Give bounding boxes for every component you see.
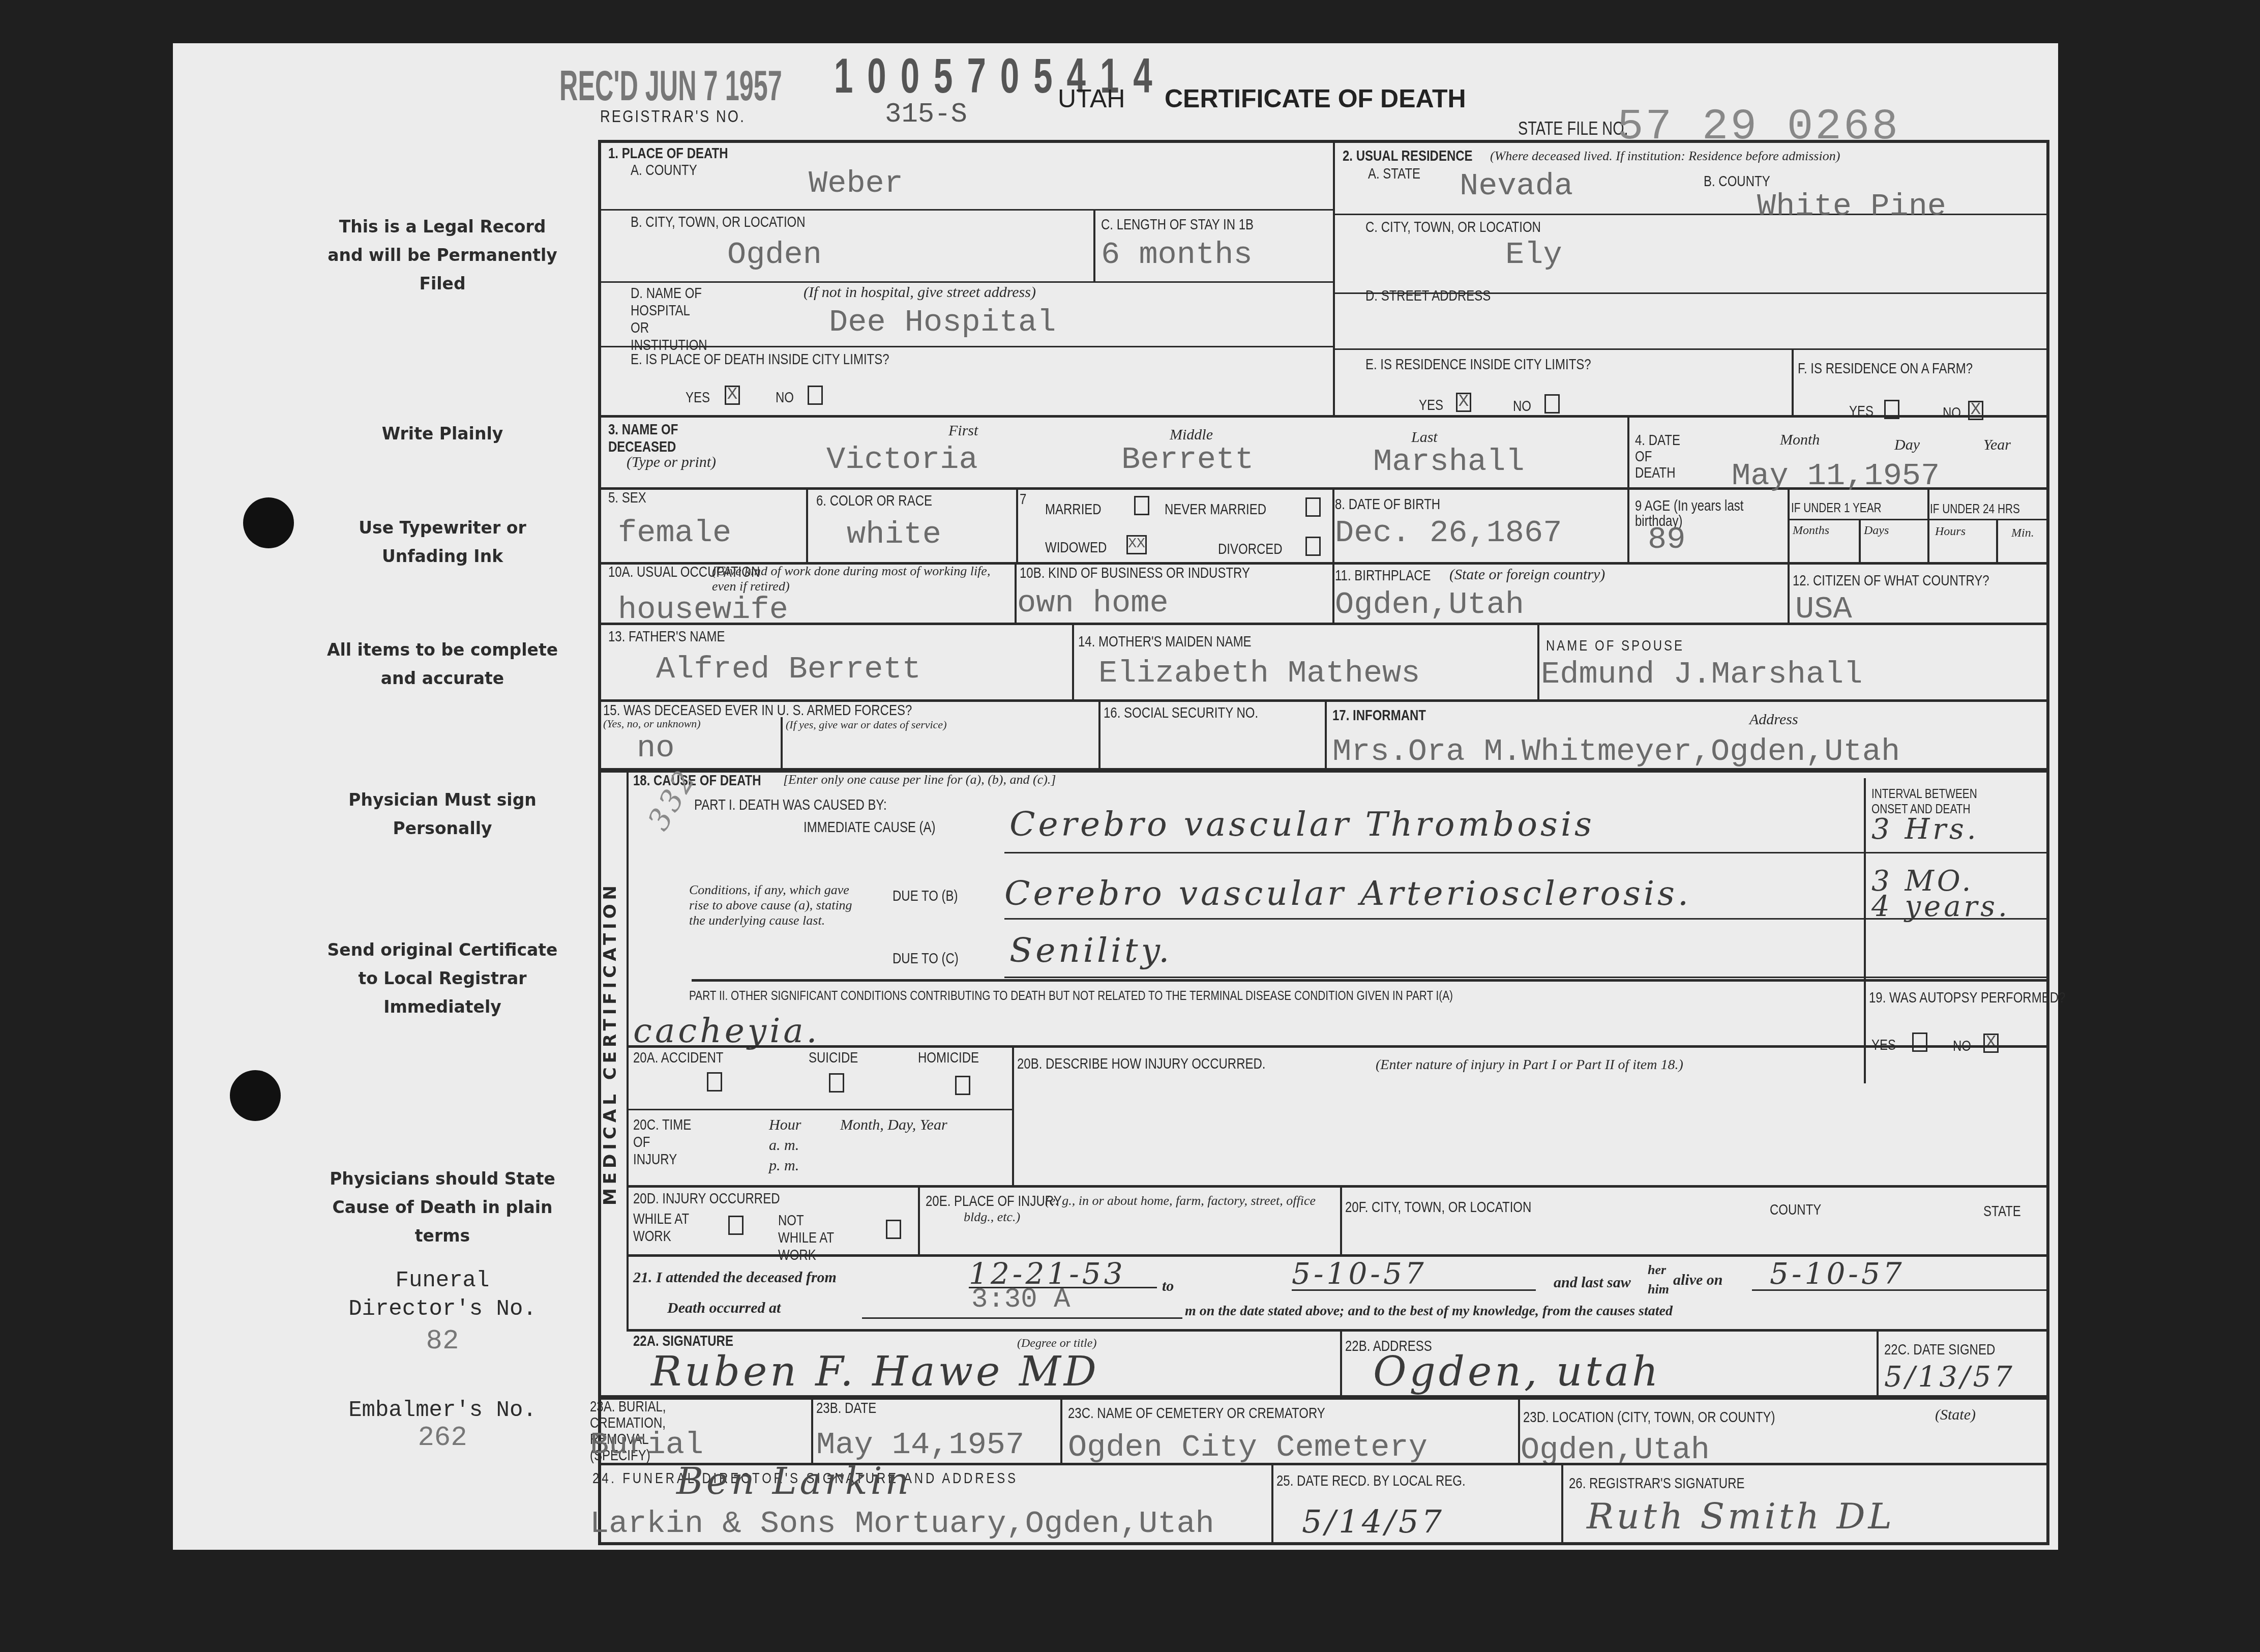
sex-label: 5. SEX bbox=[608, 489, 646, 507]
her-label: her bbox=[1648, 1262, 1666, 1278]
date-signed-value: 5/13/57 bbox=[1884, 1361, 2015, 1394]
cause-hint: [Enter only one cause per line for (a), … bbox=[783, 772, 1056, 787]
name-of-deceased-label: 3. NAME OF DECEASED bbox=[608, 421, 714, 456]
interval-c: 4 years. bbox=[1871, 890, 2010, 923]
hospital-label: d. NAME OF HOSPITAL OR INSTITUTION bbox=[631, 285, 708, 354]
res-inside-limits-label: e. IS RESIDENCE INSIDE CITY LIMITS? bbox=[1365, 356, 1591, 373]
autopsy-yes-checkbox[interactable] bbox=[1912, 1032, 1927, 1052]
divider bbox=[1015, 562, 1017, 623]
interval-a: 3 Hrs. bbox=[1871, 813, 1979, 846]
father-label: 13. FATHER'S NAME bbox=[608, 628, 725, 645]
cemetery-value: Ogden City Cemetery bbox=[1068, 1429, 1428, 1465]
months-label: Months bbox=[1793, 524, 1829, 538]
occupation-value: housewife bbox=[618, 592, 788, 628]
received-date-value: 5/14/57 bbox=[1302, 1503, 1445, 1540]
immediate-cause-label: IMMEDIATE CAUSE (a) bbox=[804, 819, 936, 836]
death-time-value: 3:30 A bbox=[971, 1284, 1070, 1315]
describe-injury-label: 20b. DESCRIBE HOW INJURY OCCURRED. bbox=[1017, 1055, 1266, 1073]
armed-forces-value: no bbox=[637, 730, 674, 766]
under-24-hrs-label: IF UNDER 24 HRS bbox=[1930, 501, 2020, 517]
describe-injury-hint: (Enter nature of injury in Part I or Par… bbox=[1376, 1057, 1683, 1073]
divider bbox=[692, 979, 2049, 982]
alive-on-label: alive on bbox=[1673, 1272, 1723, 1289]
divorced-label: DIVORCED bbox=[1218, 541, 1283, 558]
divider bbox=[1060, 1395, 1062, 1463]
medical-certification-label: MEDICAL CERTIFICATION bbox=[600, 881, 620, 1205]
divider bbox=[598, 1395, 2049, 1400]
citizen-value: USA bbox=[1795, 591, 1852, 627]
divider bbox=[1332, 562, 1334, 623]
birthplace-value: Ogden,Utah bbox=[1335, 586, 1524, 623]
res-city-label: c. CITY, TOWN, OR LOCATION bbox=[1365, 219, 1541, 236]
spouse-value: Edmund J.Marshall bbox=[1541, 656, 1863, 692]
due-b-value: Cerebro vascular Arteriosclerosis. bbox=[1004, 874, 1691, 913]
registrar-signature-label: 26. REGISTRAR'S SIGNATURE bbox=[1569, 1475, 1745, 1492]
inside-limits-label: e. IS PLACE OF DEATH INSIDE CITY LIMITS? bbox=[631, 351, 889, 368]
conditions-hint: Conditions, if any, which gave rise to a… bbox=[689, 882, 857, 928]
pm-label: p. m. bbox=[769, 1157, 799, 1174]
res-farm-yes-checkbox[interactable] bbox=[1884, 400, 1899, 419]
to-label: to bbox=[1162, 1278, 1174, 1295]
page-title: CERTIFICATE OF DEATH bbox=[1165, 84, 1466, 113]
hours-label: Hours bbox=[1935, 525, 1966, 539]
death-county-value: Weber bbox=[809, 165, 903, 201]
usual-residence-label: 2. USUAL RESIDENCE bbox=[1343, 147, 1473, 165]
him-label: him bbox=[1648, 1282, 1669, 1297]
under-1-year-label: IF UNDER 1 YEAR bbox=[1791, 500, 1882, 516]
divider bbox=[1271, 1463, 1273, 1545]
autopsy-label: 19. WAS AUTOPSY PERFORMED? bbox=[1869, 989, 2065, 1007]
last-saw-value: 5-10-57 bbox=[1770, 1256, 1905, 1291]
divider bbox=[1792, 348, 1794, 415]
divider bbox=[1788, 519, 2049, 520]
armed-forces-hint-1: (Yes, no, or unknown) bbox=[603, 717, 701, 730]
signature-label: 22a. SIGNATURE bbox=[633, 1333, 733, 1350]
received-date-label: 25. DATE RECD. BY LOCAL REG. bbox=[1276, 1472, 1466, 1490]
divider bbox=[1004, 852, 1864, 853]
last-saw-label: and last saw bbox=[1554, 1274, 1631, 1291]
divider bbox=[781, 717, 783, 768]
divider bbox=[1518, 1395, 1520, 1463]
death-occurred-suffix: m on the date stated above; and to the b… bbox=[1185, 1303, 1673, 1319]
address-label: Address bbox=[1749, 711, 1798, 728]
no-label: NO bbox=[1943, 404, 1961, 422]
hospital-value: Dee Hospital bbox=[829, 304, 1056, 340]
divider bbox=[1927, 487, 1929, 562]
month-label: Month bbox=[1780, 431, 1820, 449]
registrars-no-label: REGISTRAR'S NO. bbox=[600, 107, 746, 127]
divider bbox=[1004, 977, 2049, 978]
city-label: b. CITY, TOWN, OR LOCATION bbox=[631, 214, 806, 231]
divider bbox=[1333, 348, 2049, 350]
divider bbox=[627, 1045, 2049, 1048]
attended-label: 21. I attended the deceased from bbox=[633, 1269, 837, 1286]
suicide-checkbox[interactable] bbox=[829, 1073, 844, 1093]
res-county-value: White Pine bbox=[1757, 188, 1946, 224]
res-street-label: d. STREET ADDRESS bbox=[1365, 287, 1491, 305]
widowed-checkbox[interactable]: XX bbox=[1126, 535, 1147, 554]
divider bbox=[1072, 623, 1074, 699]
armed-forces-hint-2: (If yes, give war or dates of service) bbox=[786, 718, 946, 731]
registrar-signature: Ruth Smith DL bbox=[1587, 1495, 1895, 1537]
res-city-value: Ely bbox=[1505, 237, 1562, 273]
physician-address-value: Ogden, utah bbox=[1373, 1348, 1661, 1395]
min-label: Min. bbox=[2011, 526, 2034, 540]
embalmer-no-label: Embalmer's No. bbox=[325, 1396, 559, 1425]
margin-note-cause-plain: Physicians should State Cause of Death i… bbox=[325, 1165, 559, 1250]
res-farm-no-checkbox[interactable]: X bbox=[1968, 401, 1983, 420]
divider bbox=[811, 1395, 813, 1463]
res-county-label: b. COUNTY bbox=[1704, 173, 1770, 190]
divider bbox=[1333, 140, 1335, 415]
birthplace-label: 11. BIRTHPLACE bbox=[1335, 567, 1431, 584]
county-label: a. COUNTY bbox=[631, 162, 697, 179]
margin-note-complete: All items to be complete and accurate bbox=[325, 636, 559, 693]
armed-forces-label: 15. WAS DECEASED EVER IN U. S. ARMED FOR… bbox=[603, 702, 912, 719]
ssn-label: 16. SOCIAL SECURITY NO. bbox=[1104, 704, 1258, 722]
divider bbox=[1098, 699, 1101, 768]
sex-value: female bbox=[618, 515, 731, 551]
divider bbox=[1859, 519, 1861, 562]
divider bbox=[1627, 487, 1629, 562]
divider bbox=[627, 1329, 2049, 1332]
state-label: (State) bbox=[1935, 1406, 1976, 1424]
divider bbox=[1864, 852, 2049, 853]
death-city-value: Ogden bbox=[727, 237, 822, 273]
divider bbox=[1788, 487, 1790, 562]
stay-label: c. LENGTH OF STAY IN 1b bbox=[1101, 216, 1254, 233]
injury-county-label: COUNTY bbox=[1770, 1201, 1821, 1219]
birthplace-hint: (State or foreign country) bbox=[1449, 566, 1605, 583]
age-value: 89 bbox=[1648, 521, 1685, 557]
death-inside-limits-yes-checkbox[interactable]: X bbox=[725, 386, 740, 405]
divider bbox=[598, 281, 1333, 283]
homicide-label: HOMICIDE bbox=[918, 1049, 979, 1067]
title-prefix: UTAH bbox=[1058, 84, 1125, 113]
margin-note-physician-sign: Physician Must sign Personally bbox=[325, 786, 559, 843]
divider bbox=[1788, 562, 1790, 623]
received-stamp: REC'D JUN 7 1957 bbox=[559, 61, 782, 110]
divider bbox=[1332, 487, 1334, 562]
location-label: 23d. LOCATION (City, town, or county) bbox=[1523, 1409, 1775, 1426]
divider bbox=[1537, 623, 1539, 699]
mother-label: 14. MOTHER'S MAIDEN NAME bbox=[1078, 633, 1252, 651]
death-inside-limits-no-checkbox[interactable] bbox=[808, 386, 823, 405]
mother-value: Elizabeth Mathews bbox=[1098, 655, 1420, 691]
divider bbox=[1340, 1329, 1342, 1395]
divider bbox=[1561, 1463, 1563, 1545]
injury-occurred-label: 20d. INJURY OCCURRED bbox=[633, 1190, 780, 1207]
divider bbox=[598, 415, 2049, 418]
homicide-checkbox[interactable] bbox=[955, 1076, 970, 1095]
cemetery-label: 23c. NAME OF CEMETERY OR CREMATORY bbox=[1068, 1405, 1325, 1422]
divider bbox=[806, 487, 808, 562]
marital-label: 7 bbox=[1020, 491, 1026, 508]
res-inside-limits-yes-checkbox[interactable]: X bbox=[1456, 393, 1471, 412]
mdy-label: Month, Day, Year bbox=[840, 1116, 947, 1134]
divider bbox=[1627, 415, 1629, 487]
divider bbox=[1996, 519, 1998, 562]
date-of-death-value: May 11,1957 bbox=[1732, 458, 1940, 494]
suicide-label: SUICIDE bbox=[809, 1049, 858, 1067]
first-name-value: Victoria bbox=[826, 441, 978, 478]
never-married-label: NEVER MARRIED bbox=[1165, 501, 1266, 518]
time-of-injury-label: 20c. TIME OF INJURY bbox=[633, 1116, 694, 1168]
place-of-death-label: 1. PLACE OF DEATH bbox=[608, 145, 728, 162]
hour-label: Hour bbox=[769, 1116, 801, 1134]
year-label: Year bbox=[1983, 436, 2011, 454]
middle-name-label: Middle bbox=[1170, 426, 1213, 444]
divider bbox=[627, 768, 629, 1329]
divider bbox=[627, 1185, 2049, 1188]
attended-to-value: 5-10-57 bbox=[1292, 1256, 1427, 1291]
punch-hole bbox=[230, 1070, 281, 1121]
date-of-death-label: 4. DATE OF DEATH bbox=[1635, 432, 1684, 481]
margin-note-write-plainly: Write Plainly bbox=[325, 420, 559, 448]
married-checkbox[interactable] bbox=[1134, 496, 1149, 515]
divider bbox=[598, 209, 1333, 211]
state-file-label: STATE FILE NO. bbox=[1518, 118, 1628, 139]
due-c-value: Senility. bbox=[1009, 931, 1172, 970]
due-c-label: DUE TO (c) bbox=[893, 950, 959, 967]
divider bbox=[1877, 1329, 1879, 1395]
disposition-date-value: May 14,1957 bbox=[816, 1427, 1024, 1463]
day-label: Day bbox=[1894, 436, 1920, 454]
due-b-label: DUE TO (b) bbox=[893, 888, 958, 905]
physician-signature: Ruben F. Hawe MD bbox=[651, 1348, 1099, 1395]
registrars-no: 315-S bbox=[885, 99, 967, 130]
race-value: white bbox=[847, 516, 941, 552]
accident-label: 20a. ACCIDENT bbox=[633, 1049, 723, 1067]
funeral-director-address: Larkin & Sons Mortuary,Ogden,Utah bbox=[590, 1506, 1214, 1542]
part2-value: cacheyia. bbox=[633, 1011, 820, 1050]
last-name-value: Marshall bbox=[1373, 444, 1525, 480]
usual-residence-hint: (Where deceased lived. If institution: R… bbox=[1490, 149, 1840, 164]
yes-label: YES bbox=[1849, 403, 1874, 420]
divider bbox=[1016, 487, 1018, 562]
funeral-director-no-label: Funeral Director's No. bbox=[325, 1266, 559, 1323]
res-inside-limits-no-checkbox[interactable] bbox=[1544, 394, 1560, 414]
divider bbox=[598, 346, 1333, 347]
burial-value: Burial bbox=[590, 1427, 703, 1463]
funeral-director-no: 82 bbox=[325, 1327, 559, 1356]
race-label: 6. COLOR OR RACE bbox=[816, 492, 932, 510]
disposition-date-label: 23b. DATE bbox=[816, 1400, 876, 1417]
place-of-injury-hint: (e. g., in or about home, farm, factory,… bbox=[964, 1193, 1335, 1225]
res-state-value: Nevada bbox=[1460, 168, 1573, 204]
yes-label: YES bbox=[1419, 397, 1443, 414]
death-occurred-label: Death occurred at bbox=[667, 1300, 781, 1317]
res-state-label: a. STATE bbox=[1368, 165, 1420, 183]
margin-note-typewriter: Use Typewriter or Unfading Ink bbox=[325, 514, 559, 571]
margin-note-legal-record: This is a Legal Record and will be Perma… bbox=[325, 213, 559, 298]
stay-value: 6 months bbox=[1101, 237, 1253, 273]
not-while-at-work-checkbox[interactable] bbox=[886, 1220, 901, 1239]
divider bbox=[1864, 778, 1866, 1083]
immediate-cause-value: Cerebro vascular Thrombosis bbox=[1009, 805, 1595, 844]
divorced-checkbox[interactable] bbox=[1305, 537, 1321, 556]
informant-label: 17. INFORMANT bbox=[1332, 707, 1426, 724]
industry-label: 10b. KIND OF BUSINESS OR INDUSTRY bbox=[1020, 565, 1250, 582]
first-name-label: First bbox=[948, 422, 978, 439]
days-label: Days bbox=[1864, 524, 1889, 538]
autopsy-no-checkbox[interactable]: X bbox=[1983, 1034, 1999, 1053]
divider bbox=[862, 1317, 1182, 1319]
industry-value: own home bbox=[1017, 585, 1169, 621]
margin-note-send-original: Send original Certificate to Local Regis… bbox=[325, 936, 559, 1021]
never-married-checkbox[interactable] bbox=[1305, 497, 1321, 517]
informant-value: Mrs.Ora M.Whitmeyer,Ogden,Utah bbox=[1332, 733, 1900, 770]
citizen-label: 12. CITIZEN OF WHAT COUNTRY? bbox=[1793, 572, 1989, 589]
divider bbox=[1093, 209, 1095, 281]
widowed-label: WIDOWED bbox=[1045, 539, 1107, 556]
date-signed-label: 22c. DATE SIGNED bbox=[1884, 1341, 1995, 1359]
spouse-label: NAME OF SPOUSE bbox=[1546, 637, 1684, 655]
date-of-birth-label: 8. DATE OF BIRTH bbox=[1335, 496, 1440, 513]
accident-checkbox[interactable] bbox=[707, 1072, 722, 1091]
middle-name-value: Berrett bbox=[1121, 441, 1254, 478]
no-label: NO bbox=[776, 389, 794, 406]
res-farm-label: f. IS RESIDENCE ON A FARM? bbox=[1798, 360, 1973, 377]
injury-city-label: 20f. CITY, TOWN, OR LOCATION bbox=[1345, 1199, 1531, 1216]
father-value: Alfred Berrett bbox=[656, 651, 921, 687]
divider bbox=[1012, 1045, 1014, 1185]
name-hint: (Type or print) bbox=[627, 454, 716, 471]
yes-label: YES bbox=[686, 389, 710, 406]
occupation-hint: (Give kind of work done during most of w… bbox=[712, 564, 997, 594]
embalmer-no: 262 bbox=[325, 1424, 559, 1453]
divider bbox=[627, 1109, 1012, 1110]
funeral-director-signature: Ben Larkin bbox=[676, 1460, 912, 1502]
part1-label: PART I. DEATH WAS CAUSED BY: bbox=[694, 796, 887, 814]
part2-label: PART II. OTHER SIGNIFICANT CONDITIONS CO… bbox=[689, 988, 1453, 1004]
no-label: NO bbox=[1513, 398, 1531, 415]
while-at-work-checkbox[interactable] bbox=[728, 1216, 744, 1235]
am-label: a. m. bbox=[769, 1137, 799, 1154]
hospital-hint: (If not in hospital, give street address… bbox=[804, 284, 1036, 301]
divider bbox=[1325, 699, 1327, 768]
punch-hole bbox=[243, 497, 294, 548]
married-label: MARRIED bbox=[1045, 501, 1102, 518]
while-at-work-label: WHILE AT WORK bbox=[633, 1211, 690, 1245]
date-of-birth-value: Dec. 26,1867 bbox=[1335, 515, 1562, 551]
injury-state-label: STATE bbox=[1983, 1203, 2021, 1220]
divider bbox=[918, 1185, 920, 1254]
interval-label: INTERVAL BETWEEN ONSET AND DEATH bbox=[1871, 786, 2006, 816]
divider bbox=[1340, 1188, 1342, 1254]
